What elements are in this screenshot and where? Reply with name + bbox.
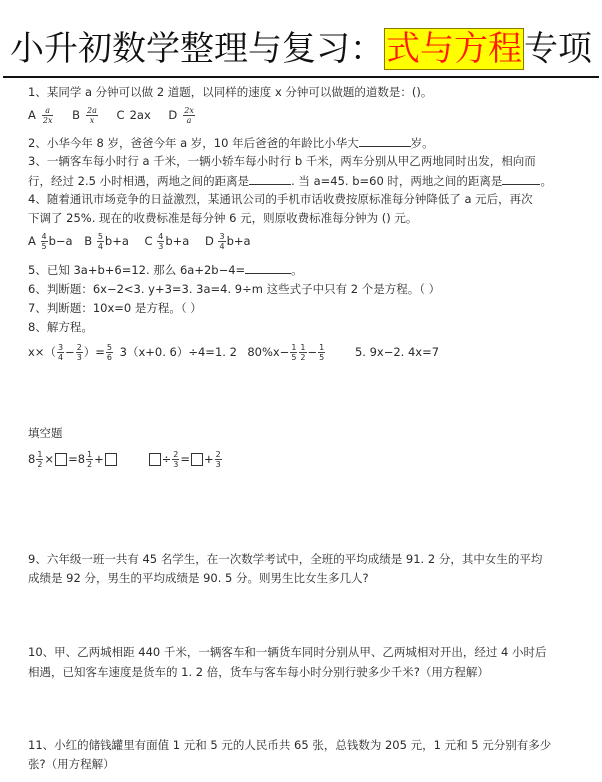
equations-row: x×（34−23）=56 3（x+0. 6）÷4=1. 2 80%x−1512−… (28, 340, 439, 364)
blank-box[interactable] (105, 453, 117, 466)
fill-heading: 填空题 (28, 425, 63, 441)
blank-box[interactable] (55, 453, 67, 466)
title-prefix: 小升初数学整理与复习： (10, 29, 384, 69)
option-b: B2ax (72, 104, 99, 126)
question-7: 7、判断题：10x=0 是方程。（ ） (28, 300, 202, 316)
title-suffix: 专项 (524, 29, 592, 69)
question-2: 2、小华今年 8 岁，爸爸今年 a 岁，10 年后爸爸的年龄比小华大岁。 (28, 134, 434, 151)
option-a: Aa2x (28, 104, 54, 126)
question-4-options: A 45b−a B 54b+a C 43b+a D 34b+a (28, 230, 265, 252)
fill-row: 812×=812+ ÷23=+23 (28, 447, 223, 471)
question-4-line-2: 下调了 25%. 现在的收费标准是每分钟 6 元，则原收费标准每分钟为 () 元… (28, 210, 417, 226)
blank-box[interactable] (191, 453, 203, 466)
question-1-options: Aa2x B2ax C2ax D2xa (28, 104, 210, 126)
equation-2: 3（x+0. 6）÷4=1. 2 (120, 340, 244, 364)
question-10-line-2: 相遇，已知客车速度是货车的 1. 2 倍，货车与客车每小时分别行驶多少千米?（用… (28, 664, 489, 680)
option-b: B 54b+a (84, 230, 129, 252)
option-c: C 43b+a (145, 230, 190, 252)
answer-blank[interactable] (359, 134, 411, 147)
question-3-line-2: 行，经过 2.5 小时相遇，两地之间的距离是. 当 a=45. b=60 时，两… (28, 172, 552, 189)
question-9-line-1: 9、六年级一班一共有 45 名学生，在一次数学考试中，全班的平均成绩是 91. … (28, 551, 542, 567)
question-10-line-1: 10、甲、乙两城相距 440 千米，一辆客车和一辆货车同时分别从甲、乙两城相对开… (28, 644, 547, 660)
blank-box[interactable] (149, 453, 161, 466)
option-d: D 34b+a (205, 230, 251, 252)
question-1: 1、某同学 a 分钟可以做 2 道题，以同样的速度 x 分钟可以做题的道数是：(… (28, 84, 432, 100)
question-6: 6、判断题：6x−2<3. y+3=3. 3a=4. 9÷m 这些式子中只有 2… (28, 281, 440, 297)
question-11-line-2: 张?（用方程解） (28, 756, 115, 772)
answer-blank[interactable] (249, 172, 291, 185)
option-c: C2ax (117, 104, 151, 126)
option-d: D2xa (168, 104, 195, 126)
equation-4: 5. 9x−2. 4x=7 (355, 340, 439, 364)
equation-1: x×（34−23）=56 (28, 340, 116, 364)
question-9-line-2: 成绩是 92 分，男生的平均成绩是 90. 5 分。则男生比女生多几人? (28, 570, 369, 586)
fill-equation-1: 812×=812+ (28, 447, 144, 471)
page-title: 小升初数学整理与复习：式与方程专项 (0, 26, 602, 72)
question-5: 5、已知 3a+b+6=12. 那么 6a+2b−4=。 (28, 261, 303, 278)
fill-equation-2: ÷23=+23 (148, 447, 223, 471)
title-divider (3, 76, 599, 78)
option-a: A 45b−a (28, 230, 73, 252)
question-11-line-1: 11、小红的储钱罐里有面值 1 元和 5 元的人民币共 65 张，总钱数为 20… (28, 737, 551, 753)
question-4-line-1: 4、随着通讯市场竞争的日益激烈，某通讯公司的手机市话收费按原标准每分钟降低了 a… (28, 191, 533, 207)
question-8: 8、解方程。 (28, 319, 93, 335)
answer-blank[interactable] (245, 261, 291, 274)
equation-3: 80%x−1512−15 (247, 340, 351, 364)
title-highlight: 式与方程 (384, 28, 524, 70)
answer-blank[interactable] (502, 172, 540, 185)
question-3-line-1: 3、一辆客车每小时行 a 千米，一辆小轿车每小时行 b 千米，两车分别从甲乙两地… (28, 153, 536, 169)
